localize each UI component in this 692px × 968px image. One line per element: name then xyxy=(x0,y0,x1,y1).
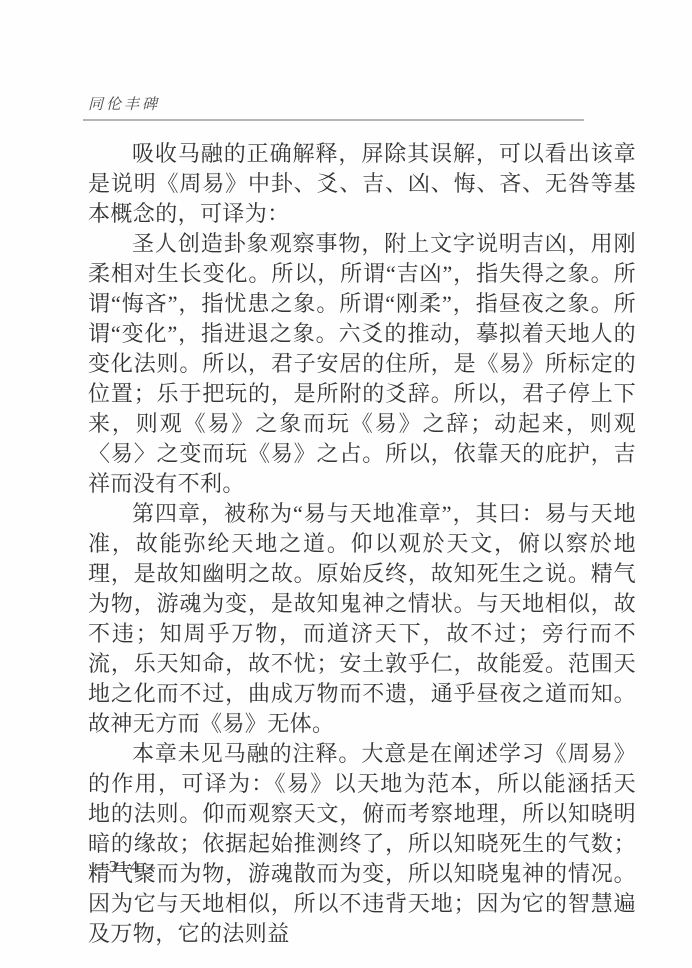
paragraph-2: 圣人创造卦象观察事物，附上文字说明吉凶，用刚柔相对生长变化。所以，所谓“吉凶”，… xyxy=(88,229,636,499)
book-page: 同伦丰碑 吸收马融的正确解释，屏除其误解，可以看出该章是说明《周易》中卦、爻、吉… xyxy=(0,0,692,968)
running-header: 同伦丰碑 xyxy=(88,93,160,114)
paragraph-4: 本章未见马融的注释。大意是在阐述学习《周易》的作用，可译为：《易》以天地为范本，… xyxy=(88,739,636,949)
paragraph-3: 第四章，被称为“易与天地准章”，其曰：易与天地准，故能弥纶天地之道。仰以观於天文… xyxy=(88,499,636,739)
body-text: 吸收马融的正确解释，屏除其误解，可以看出该章是说明《周易》中卦、爻、吉、凶、悔、… xyxy=(88,139,636,949)
header-divider xyxy=(83,119,584,121)
page-number: – 314 – xyxy=(92,857,157,877)
paragraph-1: 吸收马融的正确解释，屏除其误解，可以看出该章是说明《周易》中卦、爻、吉、凶、悔、… xyxy=(88,139,636,229)
